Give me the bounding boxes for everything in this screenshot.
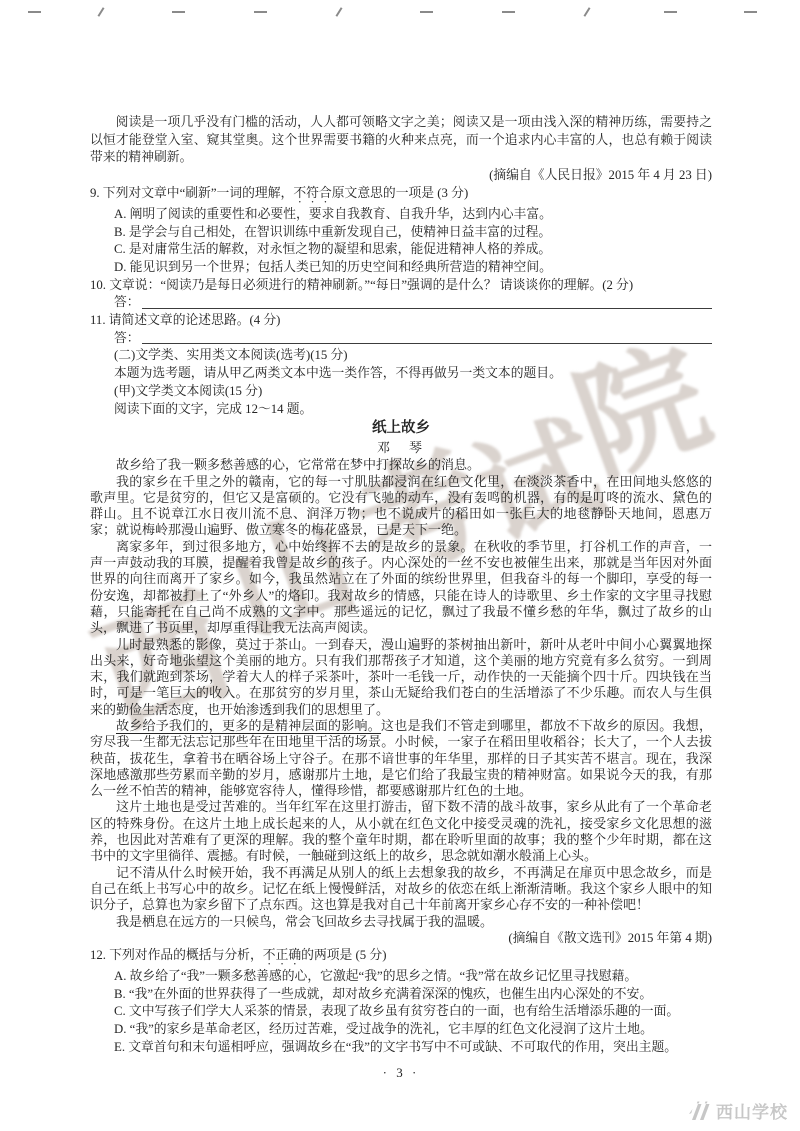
question-11-answer-row: 答：: [90, 330, 712, 348]
fold-mark: [502, 11, 515, 13]
question-12-stem-pre: 12. 下列对作品的概括与分析，: [90, 948, 263, 962]
intro-paragraph: 阅读是一项几乎没有门槛的活动，人人都可领略文字之美；阅读又是一项由浅入深的精神历…: [90, 114, 712, 167]
question-12-stem-post: 的两项是 (5 分): [301, 948, 386, 962]
question-12-option-d: D. “我”的家乡是革命老区，经历过苦难，受过战争的洗礼，它丰厚的红色文化浸润了…: [90, 1021, 712, 1039]
question-12-option-e: E. 文章首句和末句遥相呼应，强调故乡在“我”的文字书写中不可或缺、不可取代的作…: [90, 1039, 712, 1057]
question-9-option-c: C. 是对庸常生活的解救，对永恒之物的凝望和思索，能促进精神人格的养成。: [90, 241, 712, 259]
school-logo-icon: [683, 1100, 713, 1122]
essay-title: 纸上故乡: [90, 418, 712, 439]
question-11-stem: 11. 请简述文章的论述思路。(4 分): [90, 312, 712, 330]
essay-source-citation: (摘编自《散文选刊》2015 年第 4 期): [90, 930, 712, 947]
answer-blank-line: [142, 294, 712, 309]
answer-label: 答：: [114, 294, 140, 312]
school-logo-text: 西山学校: [716, 1098, 788, 1123]
question-12-emphasis: 不正确: [263, 948, 301, 962]
fold-mark: [664, 11, 677, 13]
essay-paragraph-1: 故乡给了我一颗多愁善感的心，它常常在梦中打探故乡的消息。: [90, 457, 712, 473]
intro-source-citation: (摘编自《人民日报》2015 年 4 月 23 日): [90, 167, 712, 185]
fold-mark: [584, 7, 591, 17]
answer-blank-line: [142, 330, 712, 345]
fold-mark: [28, 11, 41, 13]
essay-paragraph-2: 我的家乡在千里之外的赣南，它的每一寸肌肤都浸润在红色文化里，在淡淡茶香中，在田间…: [90, 474, 712, 539]
question-9-emphasis: 不符合: [293, 186, 331, 200]
question-9-option-b: B. 是学会与自己相处，在智识训练中重新发现自己，使精神日益丰富的过程。: [90, 224, 712, 242]
section-2-heading: (二)文学类、实用类文本阅读(选考)(15 分): [90, 347, 712, 365]
question-9-stem: 9. 下列对文章中“刷新”一词的理解，不符合原文意思的一项是 (3 分): [90, 185, 712, 206]
section-2-note: 本题为选考题，请从甲乙两类文本中选一类作答，不得再做另一类文本的题目。: [90, 365, 712, 383]
fold-mark: [744, 11, 757, 13]
underlined-sentence: 故乡给予我们的，更多的是精神层面的影响。: [116, 718, 381, 733]
section-2a-instruction: 阅读下面的文字，完成 12～14 题。: [90, 401, 712, 419]
question-10-answer-row: 答：: [90, 294, 712, 312]
question-12-option-b: B. “我”在外面的世界获得了一些成就，却对故乡充满着深深的愧疚，也催生出内心深…: [90, 986, 712, 1004]
question-10-stem: 10. 文章说：“阅读乃是每日必须进行的精神刷新。”“每日”强调的是什么？ 请谈…: [90, 277, 712, 295]
question-12-option-a: A. 故乡给了“我”一颗多愁善感的心，它激起“我”的思乡之情。“我”常在故乡记忆…: [90, 968, 712, 986]
question-9-stem-pre: 9. 下列对文章中“刷新”一词的理解，: [90, 186, 293, 200]
essay-author: 邓 琴: [90, 439, 712, 457]
question-9-stem-post: 原文意思的一项是 (3 分): [332, 186, 469, 200]
page-number: · 3 ·: [90, 1064, 712, 1082]
essay-paragraph-3: 离家多年，到过很多地方，心中始终挥不去的是故乡的景象。在秋收的季节里，打谷机工作…: [90, 539, 712, 637]
essay-paragraph-6: 这片土地也是受过苦难的。当年红军在这里打游击，留下数不清的战斗故事，家乡从此有了…: [90, 799, 712, 864]
fold-mark: [420, 11, 433, 13]
scan-fold-marks: [0, 7, 800, 21]
question-12-option-c: C. 文中写孩子们学大人采茶的情景，表现了故乡虽有贫穷苍白的一面，也有给生活增添…: [90, 1003, 712, 1021]
answer-label: 答：: [114, 330, 140, 348]
fold-mark: [254, 11, 267, 13]
xishan-school-logo: 西山学校: [683, 1098, 788, 1123]
question-9-option-a: A. 阐明了阅读的重要性和必要性，要求自我教育、自我升华，达到内心丰富。: [90, 206, 712, 224]
essay-paragraph-5: 故乡给予我们的，更多的是精神层面的影响。这也是我们不管走到哪里，都放不下故乡的原…: [90, 718, 712, 799]
essay-paragraph-4: 儿时最熟悉的影像，莫过于茶山。一到春天，漫山遍野的茶树抽出新叶，新叶从老叶中间小…: [90, 637, 712, 718]
essay-paragraph-7: 记不清从什么时候开始，我不再满足从别人的纸上去想象我的故乡，不再满足在扉页中思念…: [90, 865, 712, 914]
fold-mark: [172, 11, 185, 13]
section-2a-heading: (甲)文学类文本阅读(15 分): [90, 383, 712, 401]
exam-content-column: 阅读是一项几乎没有门槛的活动，人人都可领略文字之美；阅读又是一项由浅入深的精神历…: [90, 114, 712, 1082]
essay-passage: 纸上故乡 邓 琴 故乡给了我一颗多愁善感的心，它常常在梦中打探故乡的消息。 我的…: [90, 418, 712, 947]
fold-mark: [98, 7, 105, 17]
fold-mark: [336, 7, 343, 17]
essay-paragraph-8: 我是栖息在远方的一只候鸟，常会飞回故乡去寻找属于我的温暖。: [90, 914, 712, 930]
question-9-option-d: D. 能见识到另一个世界；包括人类已知的历史空间和经典所营造的精神空间。: [90, 259, 712, 277]
question-12-stem: 12. 下列对作品的概括与分析，不正确的两项是 (5 分): [90, 947, 712, 968]
exam-paper-page: 西 山 考 试 院 阅读是一项几乎没有门槛的活动，人人都可领略文字之美；阅读又是…: [0, 0, 800, 1131]
